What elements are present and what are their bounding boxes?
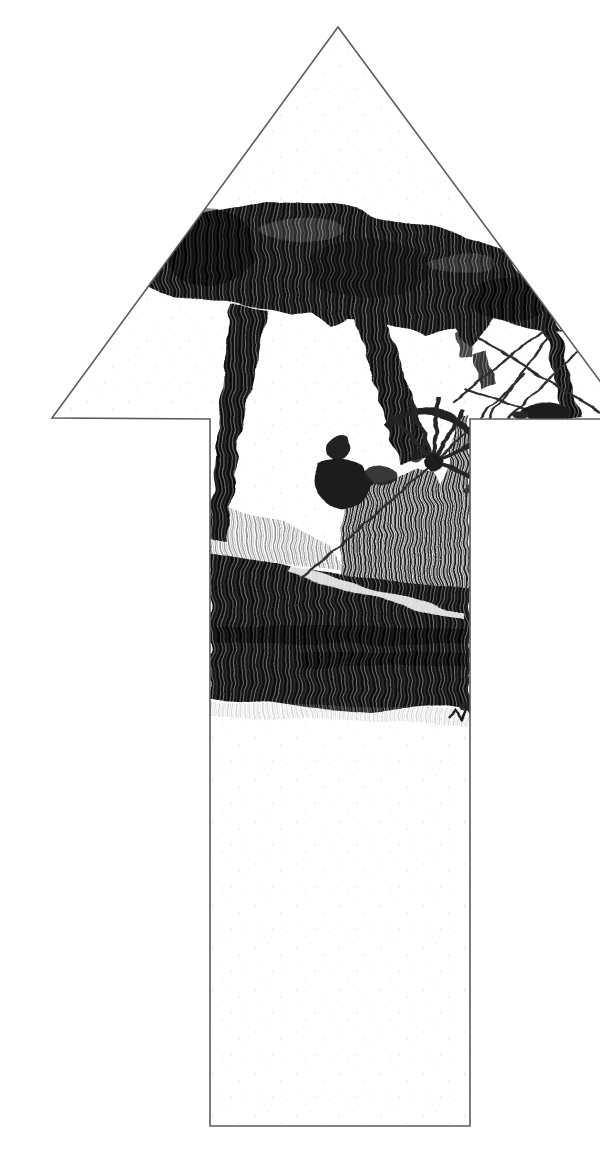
pilot-arm — [364, 465, 396, 487]
wing-light-streak — [426, 255, 494, 273]
pilot-head — [328, 435, 352, 461]
biplane-sketch — [40, 16, 600, 1138]
arrow-figure: Upward arrow containing a pencil sketch … — [40, 16, 600, 1138]
wing-dark-patch — [308, 238, 432, 298]
up-arrow-graphic — [40, 16, 600, 1138]
wheel-hub-knot — [411, 450, 423, 462]
wheel-hub — [425, 453, 443, 471]
wing-light-streak — [260, 219, 344, 241]
